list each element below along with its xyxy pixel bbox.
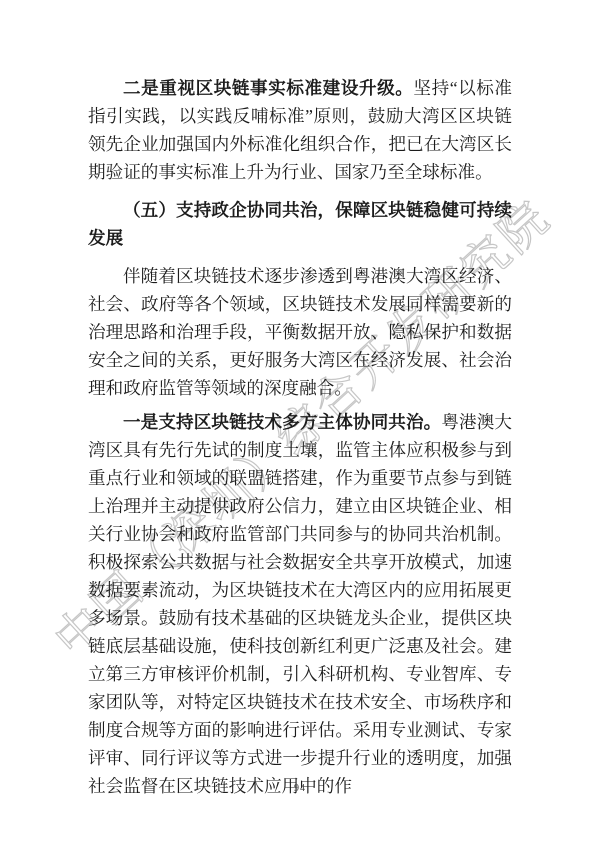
paragraph-lead-bold: 一是支持区块链技术多方主体协同共治。: [123, 412, 441, 432]
paragraph-body-text: 伴随着区块链技术逐步渗透到粤港澳大湾区经济、社会、政府等各个领域，区块链技术发展…: [88, 266, 512, 398]
section-heading-five: （五）支持政企协同共治，保障区块链稳健可持续发展: [88, 196, 512, 252]
page-number: 94: [0, 783, 600, 794]
document-page: 中国（深圳）综合开发研究院 二是重视区块链事实标准建设升级。坚持“以标准指引实践…: [0, 0, 600, 848]
paragraph-governance-intro: 伴随着区块链技术逐步渗透到粤港澳大湾区经济、社会、政府等各个领域，区块链技术发展…: [88, 262, 512, 402]
paragraph-cogovernance: 一是支持区块链技术多方主体协同共治。粤港澳大湾区具有先行先试的制度土壤，监管主体…: [88, 408, 512, 800]
paragraph-body-text: 粤港澳大湾区具有先行先试的制度土壤，监管主体应积极参与到重点行业和领域的联盟链搭…: [88, 412, 512, 796]
paragraph-standards-upgrade: 二是重视区块链事实标准建设升级。坚持“以标准指引实践，以实践反哺标准”原则，鼓励…: [88, 74, 512, 186]
page-content: 二是重视区块链事实标准建设升级。坚持“以标准指引实践，以实践反哺标准”原则，鼓励…: [88, 74, 512, 800]
paragraph-lead-bold: 二是重视区块链事实标准建设升级。: [123, 78, 413, 98]
